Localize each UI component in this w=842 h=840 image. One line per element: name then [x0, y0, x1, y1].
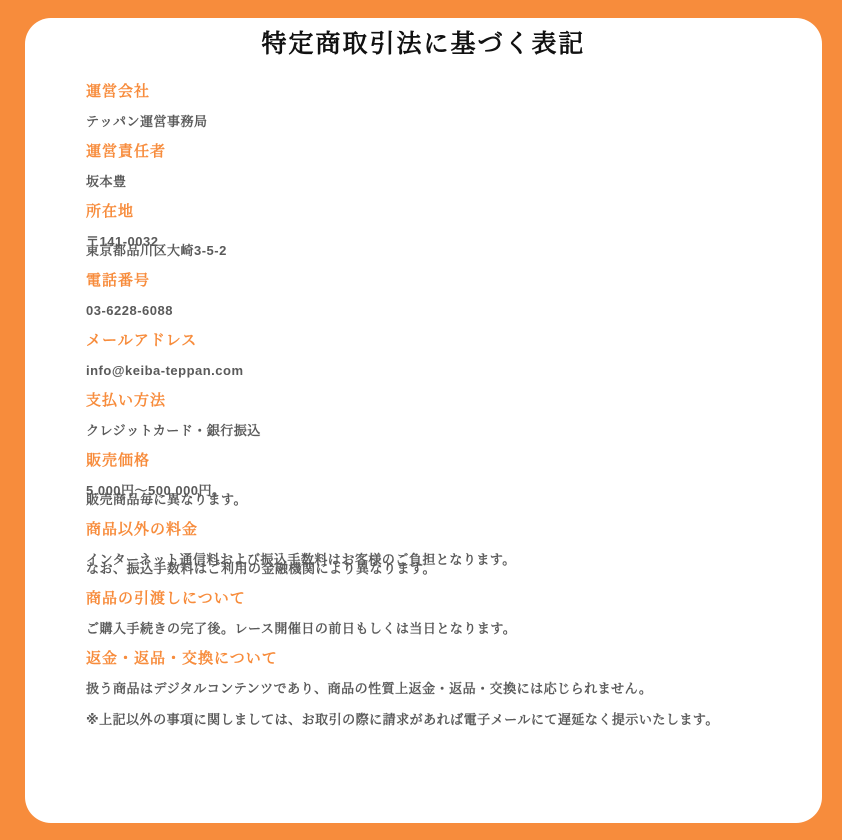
footnote: ※上記以外の事項に関しましては、お取引の際に請求があれば電子メールにて遅延なく提… [86, 710, 761, 730]
section-manager-text: 坂本豊 [86, 172, 761, 192]
section-payment: 支払い方法 クレジットカード・銀行振込 [86, 392, 761, 441]
section-refund-text: 扱う商品はデジタルコンテンツであり、商品の性質上返金・返品・交換には応じられませ… [86, 679, 761, 699]
section-refund: 返金・返品・交換について 扱う商品はデジタルコンテンツであり、商品の性質上返金・… [86, 650, 761, 699]
page-background: { "page": { "title": "特定商取引法に基づく表記" }, "… [0, 0, 842, 840]
page-title: 特定商取引法に基づく表記 [86, 28, 761, 60]
section-email-heading: メールアドレス [86, 332, 761, 350]
section-operator-text: テッパン運営事務局 [86, 112, 761, 132]
section-payment-text: クレジットカード・銀行振込 [86, 421, 761, 441]
section-price: 販売価格 5,000円～500,000円。 販売商品毎に異なります。 [86, 452, 761, 510]
section-delivery-heading: 商品の引渡しについて [86, 590, 761, 608]
section-extra-fees: 商品以外の料金 インターネット通信料および振込手数料はお客様のご負担となります。… [86, 521, 761, 579]
section-delivery: 商品の引渡しについて ご購入手続きの完了後。レース開催日の前日もしくは当日となり… [86, 590, 761, 639]
section-email-address: info@keiba-teppan.com [86, 361, 761, 381]
section-extra-fees-line2: なお、振込手数料はご利用の金融機関により異なります。 [86, 559, 761, 579]
section-address: 所在地 〒141-0032 東京都品川区大崎3-5-2 [86, 203, 761, 261]
section-manager: 運営責任者 坂本豊 [86, 143, 761, 192]
section-phone-heading: 電話番号 [86, 272, 761, 290]
section-manager-heading: 運営責任者 [86, 143, 761, 161]
section-price-heading: 販売価格 [86, 452, 761, 470]
section-refund-heading: 返金・返品・交換について [86, 650, 761, 668]
section-delivery-text: ご購入手続きの完了後。レース開催日の前日もしくは当日となります。 [86, 619, 761, 639]
section-extra-fees-heading: 商品以外の料金 [86, 521, 761, 539]
section-phone-number: 03-6228-6088 [86, 301, 761, 321]
section-payment-heading: 支払い方法 [86, 392, 761, 410]
section-operator-heading: 運営会社 [86, 83, 761, 101]
section-price-note: 販売商品毎に異なります。 [86, 490, 761, 510]
content-card: 特定商取引法に基づく表記 運営会社 テッパン運営事務局 運営責任者 坂本豊 所在… [25, 18, 822, 823]
section-address-heading: 所在地 [86, 203, 761, 221]
section-operator: 運営会社 テッパン運営事務局 [86, 83, 761, 132]
section-phone: 電話番号 03-6228-6088 [86, 272, 761, 321]
section-address-street: 東京都品川区大崎3-5-2 [86, 241, 761, 261]
section-email: メールアドレス info@keiba-teppan.com [86, 332, 761, 381]
